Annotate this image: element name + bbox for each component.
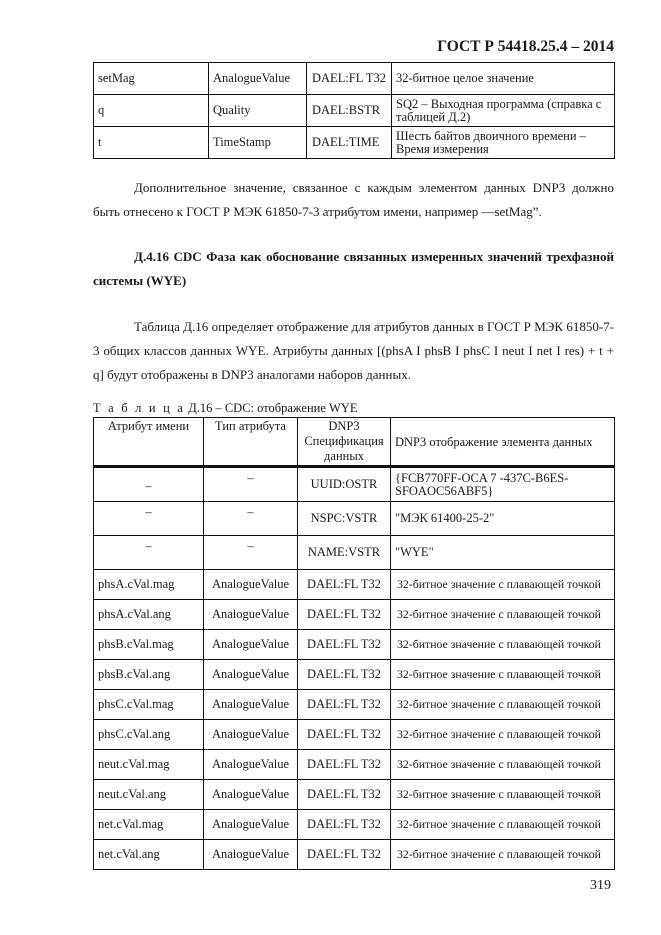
spec-cell: DAEL:FL T32 [298, 810, 391, 840]
table-caption: Т а б л и ц а Д.16 – CDC: отображение WY… [93, 401, 357, 416]
attr-name-cell: – [94, 467, 204, 502]
spec-cell: DAEL:FL T32 [298, 600, 391, 630]
attr-name-cell: phsB.cVal.mag [94, 630, 204, 660]
spec-cell: DAEL:FL T32 [298, 570, 391, 600]
attr-name-cell: neut.cVal.ang [94, 780, 204, 810]
spec-cell: NAME:VSTR [298, 536, 391, 570]
table-row: net.cVal.mag AnalogueValue DAEL:FL T32 3… [94, 810, 615, 840]
header-dnp3-spec: DNP3 Спецификация данных [298, 418, 391, 467]
mapping-cell: 32-битное значение с плавающей точкой [391, 840, 615, 870]
attr-type-cell: Quality [209, 95, 307, 127]
mapping-cell: 32-битное значение с плавающей точкой [391, 690, 615, 720]
spec-cell: DAEL:FL T32 [307, 63, 392, 95]
mapping-cell: 32-битное значение с плавающей точкой [391, 570, 615, 600]
section-heading: Д.4.16 CDC Фаза как обоснование связанны… [93, 245, 614, 293]
mapping-cell: 32-битное значение с плавающей точкой [391, 630, 615, 660]
attr-name-cell: phsA.cVal.mag [94, 570, 204, 600]
page-number: 319 [590, 878, 611, 894]
document-header: ГОСТ Р 54418.25.4 – 2014 [436, 38, 614, 56]
continued-mapping-table: setMag AnalogueValue DAEL:FL T32 32-битн… [93, 62, 615, 159]
paragraph-table-intro: Таблица Д.16 определяет отображение для … [93, 315, 614, 387]
table-row: neut.cVal.ang AnalogueValue DAEL:FL T32 … [94, 780, 615, 810]
mapping-cell: 32-битное значение с плавающей точкой [391, 600, 615, 630]
spec-cell: DAEL:FL T32 [298, 780, 391, 810]
attr-type-cell: – [204, 502, 298, 536]
mapping-cell: "WYE" [391, 536, 615, 570]
table-header-row: Атрибут имени Тип атрибута DNP3 Специфик… [94, 418, 615, 467]
attr-type-cell: AnalogueValue [204, 570, 298, 600]
attr-type-cell: AnalogueValue [204, 690, 298, 720]
table-row: phsC.cVal.mag AnalogueValue DAEL:FL T32 … [94, 690, 615, 720]
mapping-cell: 32-битное значение с плавающей точкой [391, 810, 615, 840]
table-row: – – UUID:OSTR {FCB770FF-OCA 7 -437C-B6ES… [94, 467, 615, 502]
mapping-cell: SQ2 – Выходная программа (справка с табл… [392, 95, 615, 127]
paragraph-additional-value: Дополнительное значение, связанное с каж… [93, 176, 614, 224]
mapping-cell: 32-битное целое значение [392, 63, 615, 95]
table-row: net.cVal.ang AnalogueValue DAEL:FL T32 3… [94, 840, 615, 870]
table-row: phsA.cVal.ang AnalogueValue DAEL:FL T32 … [94, 600, 615, 630]
mapping-cell: "МЭК 61400-25-2" [391, 502, 615, 536]
header-attr-name: Атрибут имени [94, 418, 204, 467]
attr-name-cell: phsC.cVal.ang [94, 720, 204, 750]
table-row: neut.cVal.mag AnalogueValue DAEL:FL T32 … [94, 750, 615, 780]
attr-type-cell: AnalogueValue [204, 840, 298, 870]
spec-cell: DAEL:BSTR [307, 95, 392, 127]
attr-type-cell: AnalogueValue [204, 750, 298, 780]
table-row: phsB.cVal.mag AnalogueValue DAEL:FL T32 … [94, 630, 615, 660]
attr-name-cell: phsC.cVal.mag [94, 690, 204, 720]
mapping-cell: 32-битное значение с плавающей точкой [391, 720, 615, 750]
table-row: setMag AnalogueValue DAEL:FL T32 32-битн… [94, 63, 615, 95]
header-dnp3-mapping: DNP3 отображение элемента данных [391, 418, 615, 467]
attr-type-cell: TimeStamp [209, 127, 307, 159]
spec-cell: DAEL:FL T32 [298, 750, 391, 780]
spec-cell: UUID:OSTR [298, 467, 391, 502]
attr-type-cell: AnalogueValue [204, 600, 298, 630]
attr-name-cell: net.cVal.ang [94, 840, 204, 870]
spec-cell: DAEL:FL T32 [298, 690, 391, 720]
attr-name-cell: – [94, 502, 204, 536]
header-attr-type: Тип атрибута [204, 418, 298, 467]
table-row: – – NAME:VSTR "WYE" [94, 536, 615, 570]
table-row: q Quality DAEL:BSTR SQ2 – Выходная прогр… [94, 95, 615, 127]
attr-name-cell: – [94, 536, 204, 570]
table-row: phsC.cVal.ang AnalogueValue DAEL:FL T32 … [94, 720, 615, 750]
spec-cell: DAEL:FL T32 [298, 630, 391, 660]
table-row: t TimeStamp DAEL:TIME Шесть байтов двоич… [94, 127, 615, 159]
wye-mapping-table: Атрибут имени Тип атрибута DNP3 Специфик… [93, 417, 615, 870]
attr-name-cell: phsA.cVal.ang [94, 600, 204, 630]
attr-name-cell: q [94, 95, 209, 127]
mapping-cell: 32-битное значение с плавающей точкой [391, 780, 615, 810]
attr-type-cell: – [204, 536, 298, 570]
attr-type-cell: AnalogueValue [204, 780, 298, 810]
attr-name-cell: neut.cVal.mag [94, 750, 204, 780]
attr-type-cell: – [204, 467, 298, 502]
attr-name-cell: phsB.cVal.ang [94, 660, 204, 690]
mapping-cell: 32-битное значение с плавающей точкой [391, 660, 615, 690]
attr-type-cell: AnalogueValue [204, 630, 298, 660]
spec-cell: NSPC:VSTR [298, 502, 391, 536]
spec-cell: DAEL:FL T32 [298, 720, 391, 750]
mapping-cell: Шесть байтов двоичного времени – Время и… [392, 127, 615, 159]
table-row: – – NSPC:VSTR "МЭК 61400-25-2" [94, 502, 615, 536]
attr-type-cell: AnalogueValue [204, 720, 298, 750]
attr-name-cell: net.cVal.mag [94, 810, 204, 840]
mapping-cell: {FCB770FF-OCA 7 -437C-B6ES-SFOAOC56ABF5} [391, 467, 615, 502]
spec-cell: DAEL:TIME [307, 127, 392, 159]
attr-name-cell: setMag [94, 63, 209, 95]
caption-text: Д.16 – CDC: отображение WYE [185, 401, 357, 415]
attr-type-cell: AnalogueValue [204, 660, 298, 690]
table-row: phsA.cVal.mag AnalogueValue DAEL:FL T32 … [94, 570, 615, 600]
spec-cell: DAEL:FL T32 [298, 660, 391, 690]
spec-cell: DAEL:FL T32 [298, 840, 391, 870]
attr-type-cell: AnalogueValue [204, 810, 298, 840]
caption-label: Т а б л и ц а [93, 401, 185, 415]
table-row: phsB.cVal.ang AnalogueValue DAEL:FL T32 … [94, 660, 615, 690]
mapping-cell: 32-битное значение с плавающей точкой [391, 750, 615, 780]
attr-name-cell: t [94, 127, 209, 159]
attr-type-cell: AnalogueValue [209, 63, 307, 95]
